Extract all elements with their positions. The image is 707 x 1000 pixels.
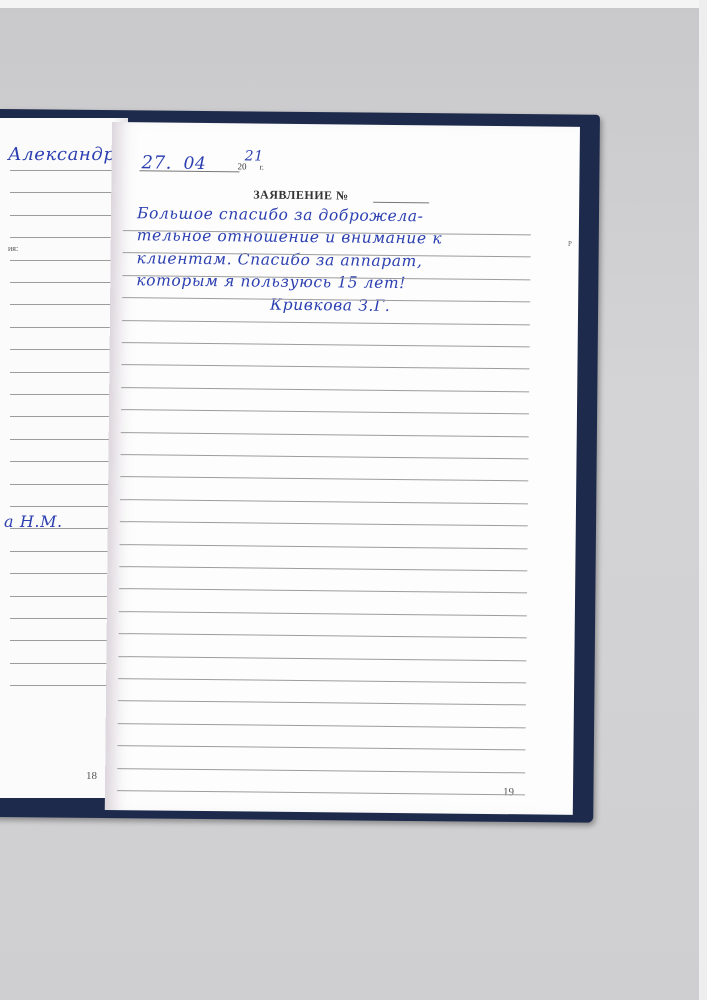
ruled-line [10,439,118,440]
ruled-line [119,566,527,571]
ruled-line [10,327,118,328]
ruled-line [119,611,527,616]
ruled-line [119,633,527,638]
ruled-line [121,432,529,437]
ruled-line [10,394,118,395]
ruled-line [118,700,526,705]
ruled-line [10,551,118,552]
ruled-line [121,387,529,392]
ruled-line [122,342,530,347]
ruled-line [117,745,525,750]
ruled-line [10,618,118,619]
scan-border-top [0,0,707,8]
ruled-line [120,476,528,481]
ruled-line [120,499,528,504]
ruled-line [10,573,118,574]
ruled-line [118,656,526,661]
handwritten-name: Александр [8,144,116,165]
statement-line: Большое спасибо за доброжела- [137,204,424,225]
ruled-line [10,215,118,216]
ruled-line [117,790,525,795]
year-unit: г. [259,163,263,172]
ruled-line [121,409,529,414]
ruled-line [10,260,118,261]
ruled-line [10,349,118,350]
ruled-line [10,484,118,485]
ruled-line [10,170,118,171]
ruled-line [10,304,118,305]
ruled-line [121,454,529,459]
ruled-line [122,320,530,325]
ruled-line [119,588,527,593]
ruled-line [121,365,529,370]
ruled-line [10,372,118,373]
ruled-line [120,544,528,549]
margin-mark: Р [568,240,572,248]
right-page: 27. 04 20 21 г. ЗАЯВЛЕНИЕ № Большое спас… [105,122,580,815]
ruled-line [10,461,118,462]
statement-title: ЗАЯВЛЕНИЕ № [253,187,349,203]
ruled-line [10,416,118,417]
ruled-line [118,723,526,728]
ruled-line [10,640,118,641]
ruled-line [120,521,528,526]
ruled-line [10,663,118,664]
ruled-line [117,768,525,773]
ruled-line [10,506,118,507]
statement-number-line [373,202,429,204]
printed-label: ия: [8,244,18,253]
ruled-line [118,678,526,683]
ruled-line [10,528,118,529]
left-page-number: 18 [86,770,97,782]
right-page-number: 19 [503,786,514,798]
ruled-line [10,596,118,597]
ruled-line [10,685,118,686]
ruled-line [10,237,118,238]
ruled-line [10,282,118,283]
ruled-line [10,192,118,193]
scan-border-right [699,0,707,1000]
